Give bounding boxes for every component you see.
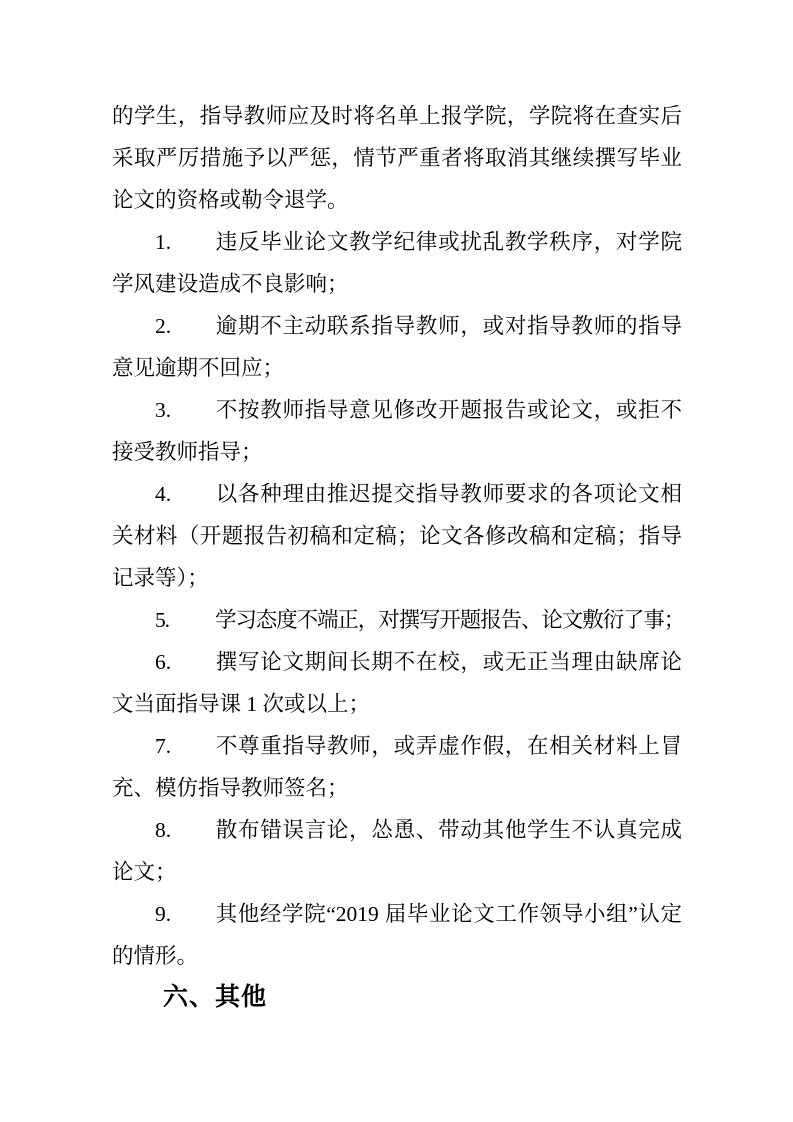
list-item: 7.不尊重指导教师，或弄虚作假，在相关材料上冒充、模仿指导教师签名；	[112, 725, 682, 809]
list-number: 1.	[155, 221, 215, 263]
list-number: 6.	[155, 641, 215, 683]
list-item: 9.其他经学院“2019 届毕业论文工作领导小组”认定的情形。	[112, 893, 682, 977]
list-item: 2.逾期不主动联系指导教师，或对指导教师的指导意见逾期不回应；	[112, 305, 682, 389]
list-item: 1.违反毕业论文教学纪律或扰乱教学秩序，对学院学风建设造成不良影响；	[112, 221, 682, 305]
continued-paragraph: 的学生，指导教师应及时将名单上报学院，学院将在查实后采取严厉措施予以严惩，情节严…	[112, 95, 682, 221]
list-number: 5.	[155, 599, 215, 641]
list-text: 学习态度不端正，对撰写开题报告、论文敷衍了事；	[215, 608, 684, 632]
list-item: 4.以各种理由推迟提交指导教师要求的各项论文相关材料（开题报告初稿和定稿；论文各…	[112, 473, 682, 599]
list-item: 5.学习态度不端正，对撰写开题报告、论文敷衍了事；	[112, 599, 682, 641]
list-item: 3.不按教师指导意见修改开题报告或论文，或拒不接受教师指导；	[112, 389, 682, 473]
section-heading: 六、其他	[112, 977, 682, 1019]
document-page: 的学生，指导教师应及时将名单上报学院，学院将在查实后采取严厉措施予以严惩，情节严…	[0, 0, 793, 1122]
list-number: 9.	[155, 893, 215, 935]
list-item: 6.撰写论文期间长期不在校，或无正当理由缺席论文当面指导课 1 次或以上；	[112, 641, 682, 725]
list-number: 4.	[155, 473, 215, 515]
list-number: 7.	[155, 725, 215, 767]
list-number: 8.	[155, 809, 215, 851]
list-number: 3.	[155, 389, 215, 431]
list-number: 2.	[155, 305, 215, 347]
list-item: 8.散布错误言论，怂恿、带动其他学生不认真完成论文；	[112, 809, 682, 893]
